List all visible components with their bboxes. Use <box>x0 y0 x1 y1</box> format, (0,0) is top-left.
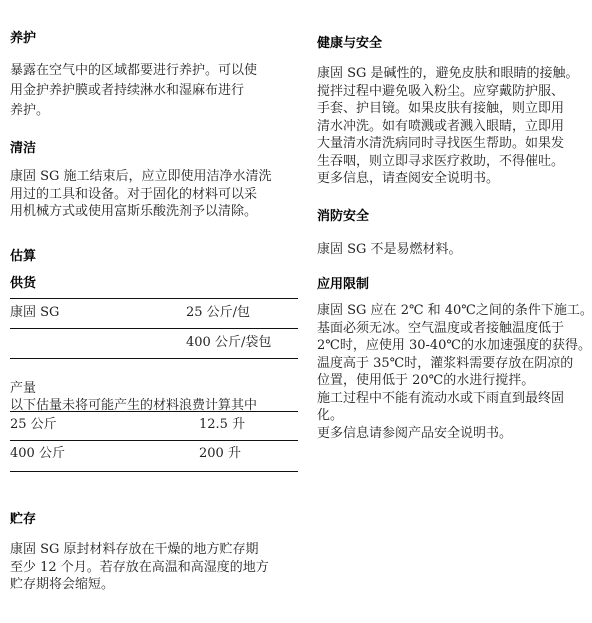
text-line: 养护。 <box>10 101 257 121</box>
storage-heading: 贮存 <box>10 508 36 527</box>
text-line: 大量清水清洗病同时寻找医生帮助。如果发 <box>317 135 579 153</box>
estimate-heading: 估算 <box>10 245 36 264</box>
text-line: 康固 SG 应在 2℃ 和 40℃之间的条件下施工。 <box>317 302 592 320</box>
table-rule <box>10 411 298 412</box>
table-rule <box>10 440 298 441</box>
text-line: 康固 SG 原封材料存放在干燥的地方贮存期 <box>10 541 269 559</box>
text-line: 生吞咽，则立即寻求医疗救助，不得催吐。 <box>317 153 579 171</box>
cleaning-text: 康固 SG 施工结束后，应立即使用洁净水清洗 用过的工具和设备。对于固化的材料可… <box>10 168 272 221</box>
table-rule <box>10 298 298 299</box>
yield-weight: 400 公斤 <box>10 442 65 461</box>
health-safety-heading: 健康与安全 <box>317 32 382 51</box>
text-line: 温度高于 35℃时，灌浆料需要存放在阴凉的 <box>317 355 592 373</box>
table-rule <box>10 471 298 472</box>
storage-text: 康固 SG 原封材料存放在干燥的地方贮存期 至少 12 个月。若存放在高温和高湿… <box>10 541 269 594</box>
health-safety-text: 康固 SG 是碱性的，避免皮肤和眼睛的接触。 搅拌过程中避免吸入粉尘。应穿戴防护… <box>317 65 579 188</box>
text-line: 位置，使用低于 20℃的水进行搅拌。 <box>317 372 592 390</box>
text-line: 基面必须无冰。空气温度或者接触温度低于 <box>317 320 592 338</box>
text-line: 用机械方式或使用富斯乐酸洗剂予以清除。 <box>10 203 272 221</box>
cleaning-heading: 清洁 <box>10 137 36 156</box>
table-rule <box>10 358 298 359</box>
text-line: 更多信息请参阅产品安全说明书。 <box>317 425 592 443</box>
text-line: 化。 <box>317 407 592 425</box>
yield-volume: 200 升 <box>199 442 241 461</box>
yield-volume: 12.5 升 <box>199 413 245 432</box>
text-line: 用金护养护膜或者持续淋水和湿麻布进行 <box>10 81 257 101</box>
supply-package: 25 公斤/包 <box>186 301 250 320</box>
fire-safety-heading: 消防安全 <box>317 205 369 224</box>
text-line: 2℃时，应使用 30-40℃的水加速强度的获得。 <box>317 337 592 355</box>
text-line: 暴露在空气中的区域都要进行养护。可以使 <box>10 61 257 81</box>
text-line: 康固 SG 是碱性的，避免皮肤和眼睛的接触。 <box>317 65 579 83</box>
text-line: 手套、护目镜。如果皮肤有接触，则立即用 <box>317 100 579 118</box>
text-line: 施工过程中不能有流动水或下雨直到最终固 <box>317 390 592 408</box>
text-line: 至少 12 个月。若存放在高温和高湿度的地方 <box>10 559 269 577</box>
text-line: 清水冲洗。如有喷溅或者溅入眼睛，立即用 <box>317 118 579 136</box>
table-rule <box>10 328 298 329</box>
text-line: 用过的工具和设备。对于固化的材料可以采 <box>10 186 272 204</box>
supply-product: 康固 SG <box>10 301 59 320</box>
supply-heading: 供货 <box>10 272 36 291</box>
care-heading: 养护 <box>10 27 36 46</box>
yield-weight: 25 公斤 <box>10 413 57 432</box>
supply-package: 400 公斤/袋包 <box>186 331 271 350</box>
text-line: 更多信息，请查阅安全说明书。 <box>317 170 579 188</box>
limits-text: 康固 SG 应在 2℃ 和 40℃之间的条件下施工。 基面必须无冰。空气温度或者… <box>317 302 592 442</box>
limits-heading: 应用限制 <box>317 273 369 292</box>
text-line: 搅拌过程中避免吸入粉尘。应穿戴防护服、 <box>317 83 579 101</box>
text-line: 贮存期将会缩短。 <box>10 576 269 594</box>
fire-safety-text: 康固 SG 不是易燃材料。 <box>317 238 462 257</box>
care-text: 暴露在空气中的区域都要进行养护。可以使 用金护养护膜或者持续淋水和湿麻布进行 养… <box>10 61 257 121</box>
text-line: 康固 SG 施工结束后，应立即使用洁净水清洗 <box>10 168 272 186</box>
